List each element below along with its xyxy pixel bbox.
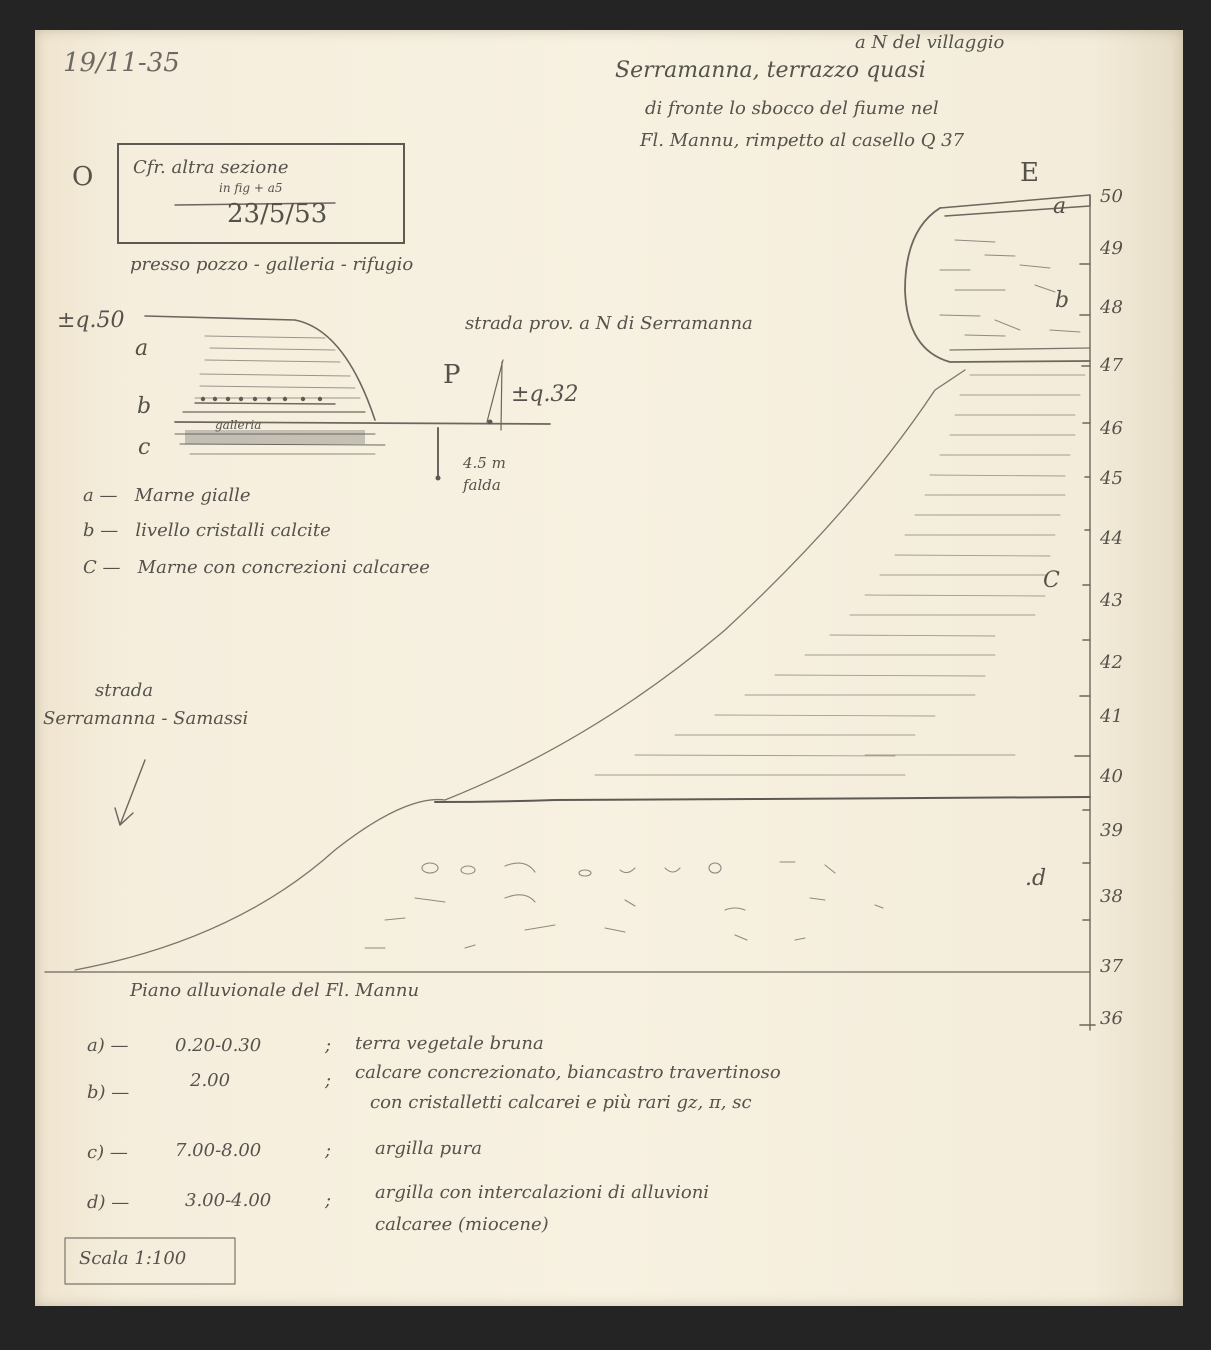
inset-layer-a: a [135,336,148,361]
scale-tick: 50 [1100,186,1123,207]
main-layer-c: C [1043,568,1060,593]
road-label-line-1: strada [95,680,153,701]
elevation-right-label: ±q.32 [511,382,579,407]
scale-tick: 39 [1100,820,1123,841]
reference-text: Cfr. altra sezione [133,157,289,178]
road-note: strada prov. a N di Serramanna [465,313,753,334]
inset-layer-c: c [138,435,150,460]
title-line-2: di fronte lo sbocco del fiume nel [645,98,939,119]
title-insertion: a N del villaggio [855,32,1004,53]
depth-note-2: falda [463,476,501,494]
gallery-label: galleria [215,418,261,432]
scale-tick: 37 [1100,956,1123,977]
scale-tick: 45 [1100,468,1123,489]
main-layer-d: .d [1025,866,1046,891]
orientation-east-label: E [1020,158,1039,188]
reference-box: Cfr. altra sezione in fig + a5 23/5/53 [117,143,405,244]
base-plain-label: Piano alluvionale del Fl. Mannu [130,980,419,1001]
inset-caption: presso pozzo - galleria - rifugio [130,254,413,275]
scale-tick: 44 [1100,528,1123,549]
road-label-line-2: Serramanna - Samassi [43,708,248,729]
inset-layer-b: b [137,394,151,419]
date-label: 19/11-35 [63,48,180,78]
legend-item: b — livello cristalli calcite [83,520,331,541]
scale-tick: 38 [1100,886,1123,907]
scale-tick: 47 [1100,355,1123,376]
title-line-1: Serramanna, terrazzo quasi [615,58,926,83]
orientation-west-label: O [72,162,93,192]
depth-note: 4.5 m [463,454,506,472]
notebook-page: 19/11-35 a N del villaggio Serramanna, t… [35,30,1183,1306]
legend-item: a — Marne gialle [83,485,251,506]
reference-date: 23/5/53 [227,199,327,229]
scale-tick: 36 [1100,1008,1123,1029]
scale-tick: 46 [1100,418,1123,439]
legend-item: C — Marne con concrezioni calcaree [83,557,430,578]
scale-tick: 43 [1100,590,1123,611]
scale-tick: 40 [1100,766,1123,787]
title-line-3: Fl. Mannu, rimpetto al casello Q 37 [640,130,964,151]
point-p-label: P [443,360,461,390]
scale-tick: 48 [1100,297,1123,318]
main-layer-a: a [1053,194,1066,219]
scale-tick: 49 [1100,238,1123,259]
scale-note: Scala 1:100 [79,1248,186,1269]
reference-subtext: in fig + a5 [219,181,283,195]
scale-tick: 42 [1100,652,1123,673]
elevation-top-label: ±q.50 [57,308,125,333]
scale-tick: 41 [1100,706,1123,727]
main-layer-b: b [1055,288,1069,313]
